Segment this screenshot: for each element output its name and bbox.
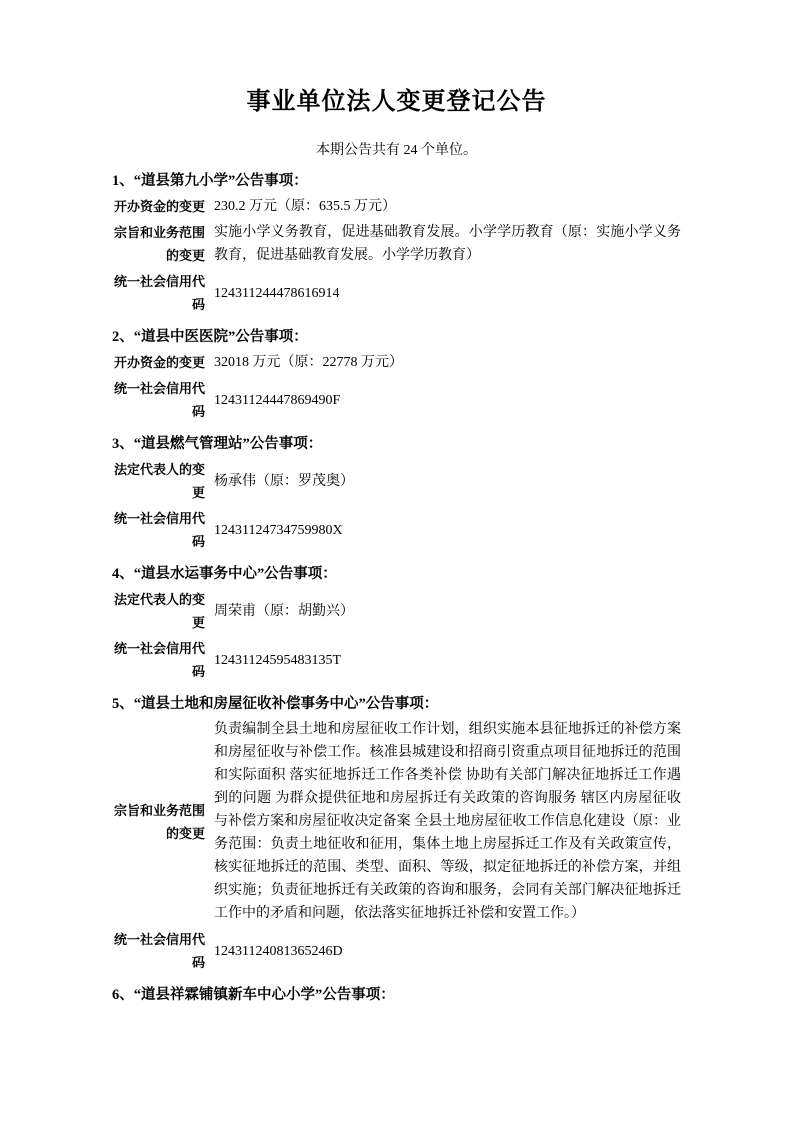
field-row: 宗旨和业务范围的变更 负责编制全县土地和房屋征收工作计划，组织实施本县征地拆迁的… <box>112 718 681 925</box>
field-row: 统一社会信用代码 124311244478616914 <box>112 270 681 316</box>
section-heading: 3、“道县燃气管理站”公告事项： <box>112 434 681 455</box>
field-row: 统一社会信用代码 12431124081365246D <box>112 928 681 974</box>
document-title: 事业单位法人变更登记公告 <box>112 86 681 118</box>
field-label: 法定代表人的变更 <box>112 588 205 634</box>
field-label: 宗旨和业务范围的变更 <box>112 799 205 845</box>
field-value: 124311244478616914 <box>214 282 681 305</box>
announcement-section: 2、“道县中医医院”公告事项： 开办资金的变更 32018 万元（原：22778… <box>112 327 681 423</box>
field-row: 统一社会信用代码 12431124595483135T <box>112 637 681 683</box>
section-rows: 开办资金的变更 230.2 万元（原：635.5 万元） 宗旨和业务范围的变更 … <box>112 195 681 316</box>
field-label: 统一社会信用代码 <box>112 377 205 423</box>
field-value: 12431124081365246D <box>214 940 681 963</box>
field-label: 统一社会信用代码 <box>112 928 205 974</box>
announcement-section: 1、“道县第九小学”公告事项： 开办资金的变更 230.2 万元（原：635.5… <box>112 171 681 316</box>
field-value: 12431124734759980X <box>214 519 681 542</box>
field-label: 开办资金的变更 <box>112 351 205 374</box>
field-label: 统一社会信用代码 <box>112 270 205 316</box>
field-row: 法定代表人的变更 杨承伟（原：罗茂奥） <box>112 458 681 504</box>
field-label: 开办资金的变更 <box>112 195 205 218</box>
field-row: 统一社会信用代码 12431124734759980X <box>112 507 681 553</box>
section-rows: 宗旨和业务范围的变更 负责编制全县土地和房屋征收工作计划，组织实施本县征地拆迁的… <box>112 718 681 974</box>
section-heading: 6、“道县祥霖铺镇新车中心小学”公告事项： <box>112 985 681 1006</box>
announcement-section: 3、“道县燃气管理站”公告事项： 法定代表人的变更 杨承伟（原：罗茂奥） 统一社… <box>112 434 681 553</box>
field-row: 宗旨和业务范围的变更 实施小学义务教育，促进基础教育发展。小学学历教育（原：实施… <box>112 221 681 267</box>
section-heading: 4、“道县水运事务中心”公告事项： <box>112 564 681 585</box>
field-value: 负责编制全县土地和房屋征收工作计划，组织实施本县征地拆迁的补偿方案和房屋征收与补… <box>214 718 681 925</box>
field-value: 12431124447869490F <box>214 389 681 412</box>
field-value: 32018 万元（原：22778 万元） <box>214 351 681 374</box>
field-label: 宗旨和业务范围的变更 <box>112 221 205 267</box>
announcement-section: 6、“道县祥霖铺镇新车中心小学”公告事项： <box>112 985 681 1006</box>
field-value: 杨承伟（原：罗茂奥） <box>214 470 681 493</box>
field-value: 实施小学义务教育，促进基础教育发展。小学学历教育（原：实施小学义务教育，促进基础… <box>214 221 681 267</box>
field-label: 法定代表人的变更 <box>112 458 205 504</box>
announcement-section: 4、“道县水运事务中心”公告事项： 法定代表人的变更 周荣甫（原：胡勤兴） 统一… <box>112 564 681 683</box>
section-rows: 开办资金的变更 32018 万元（原：22778 万元） 统一社会信用代码 12… <box>112 351 681 423</box>
announcement-section: 5、“道县土地和房屋征收补偿事务中心”公告事项： 宗旨和业务范围的变更 负责编制… <box>112 694 681 974</box>
field-row: 统一社会信用代码 12431124447869490F <box>112 377 681 423</box>
field-row: 开办资金的变更 32018 万元（原：22778 万元） <box>112 351 681 374</box>
field-label: 统一社会信用代码 <box>112 637 205 683</box>
field-value: 12431124595483135T <box>214 649 681 672</box>
section-heading: 5、“道县土地和房屋征收补偿事务中心”公告事项： <box>112 694 681 715</box>
field-row: 法定代表人的变更 周荣甫（原：胡勤兴） <box>112 588 681 634</box>
field-row: 开办资金的变更 230.2 万元（原：635.5 万元） <box>112 195 681 218</box>
section-heading: 1、“道县第九小学”公告事项： <box>112 171 681 192</box>
field-value: 周荣甫（原：胡勤兴） <box>214 600 681 623</box>
document-page: 事业单位法人变更登记公告 本期公告共有 24 个单位。 1、“道县第九小学”公告… <box>0 0 793 1122</box>
sections-container: 1、“道县第九小学”公告事项： 开办资金的变更 230.2 万元（原：635.5… <box>112 171 681 1006</box>
field-value: 230.2 万元（原：635.5 万元） <box>214 195 681 218</box>
document-subtitle: 本期公告共有 24 个单位。 <box>112 142 681 160</box>
section-rows: 法定代表人的变更 周荣甫（原：胡勤兴） 统一社会信用代码 12431124595… <box>112 588 681 683</box>
section-rows: 法定代表人的变更 杨承伟（原：罗茂奥） 统一社会信用代码 12431124734… <box>112 458 681 553</box>
field-label: 统一社会信用代码 <box>112 507 205 553</box>
section-heading: 2、“道县中医医院”公告事项： <box>112 327 681 348</box>
